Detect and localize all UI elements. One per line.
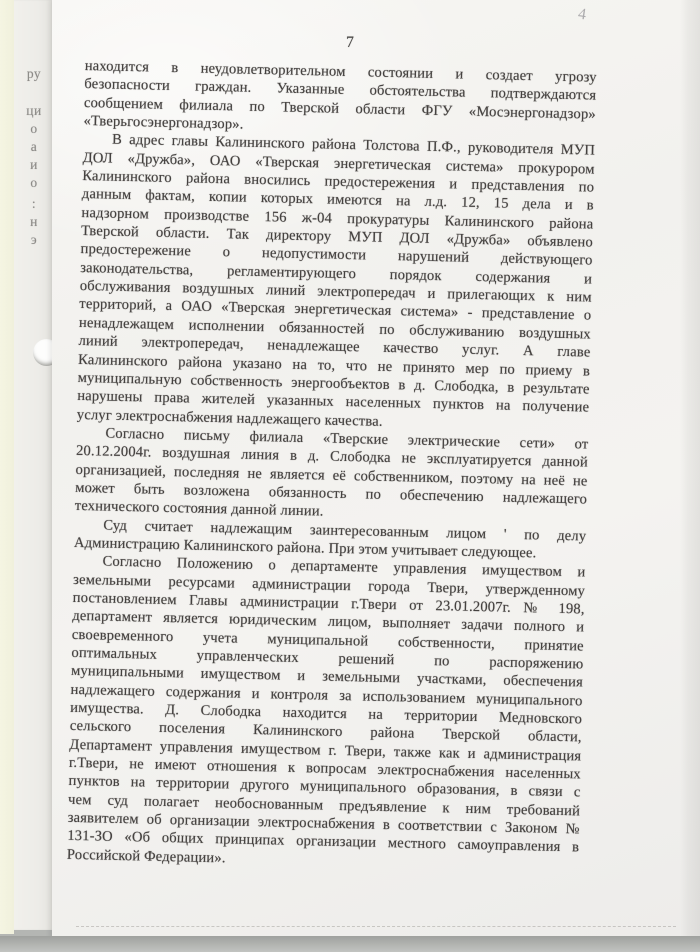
margin-letter-fragment: ру [14,66,54,82]
scanned-document-page: руциоаио:нэ 4 7 находится в неудовлетвор… [0,0,700,952]
page-number: 7 [340,34,360,52]
scan-bottom-shadow [0,936,700,952]
document-page: 4 7 находится в неудовлетворительном сос… [52,0,700,938]
margin-letter-fragment: а [14,139,54,155]
margin-letter-fragment: и [14,157,54,173]
margin-letter-fragment: о [14,121,54,137]
pencil-mark: 4 [577,6,587,25]
page-right-edge-shading [680,0,700,938]
margin-letter-fragment: ци [14,103,54,119]
margin-letter-fragment: : [14,196,54,212]
margin-letter-fragment: о [14,175,54,191]
scanner-edge-strip [0,0,14,934]
crease-line [76,926,676,927]
body-text: находится в неудовлетворительном состоян… [67,57,597,876]
margin-letter-fragment: э [14,232,54,248]
margin-letter-fragment: н [14,214,54,230]
